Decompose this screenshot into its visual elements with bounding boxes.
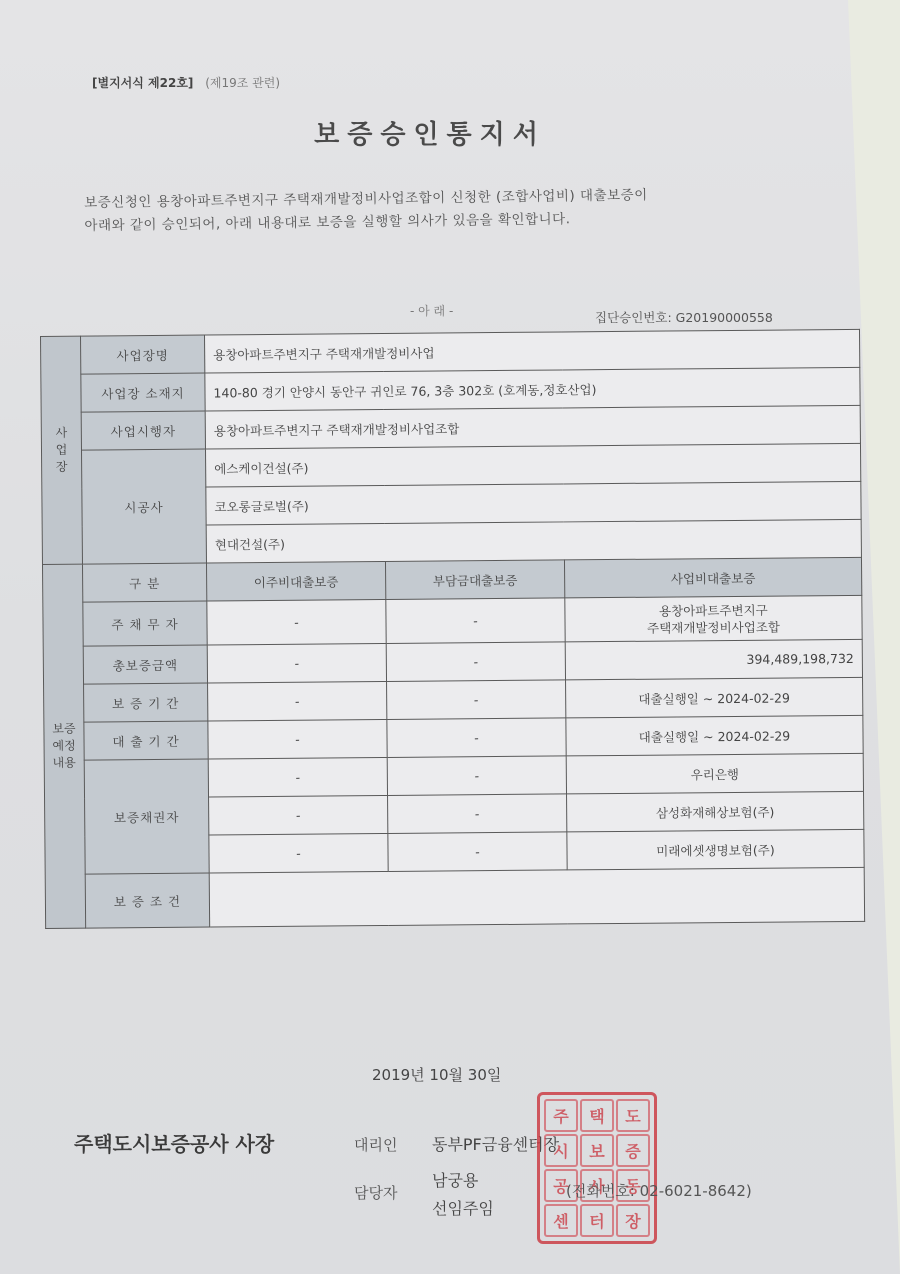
cell: - <box>208 719 387 759</box>
column-header-project-cost: 사업비대출보증 <box>564 557 861 598</box>
creditor-2: 삼성화재해상보험(주) <box>566 791 863 832</box>
phone-number: (전화번호: 02-6021-8642) <box>566 1180 752 1201</box>
site-name-value: 용창아파트주변지구 주택재개발정비사업 <box>204 329 859 373</box>
form-number-line: [별지서식 제22호] (제19조 관련) <box>92 74 280 91</box>
cell: - <box>207 643 386 683</box>
total-amount-value: 394,489,198,732 <box>565 639 862 680</box>
cell: - <box>386 598 565 644</box>
issue-date: 2019년 10월 30일 <box>372 1064 501 1085</box>
total-amount-label: 총보증금액 <box>83 645 207 684</box>
principal-debtor-value: 용창아파트주변지구 주택재개발정비사업조합 <box>565 595 862 642</box>
conditions-value <box>209 867 864 927</box>
developer-value: 용창아파트주변지구 주택재개발정비사업조합 <box>205 405 860 449</box>
conditions-label: 보 증 조 건 <box>85 873 209 928</box>
staff-name: 남궁용 <box>432 1168 478 1191</box>
official-seal-icon: 주택도 시보증 공사동 센터장 <box>537 1092 657 1244</box>
principal-debtor-label: 주 채 무 자 <box>83 601 207 646</box>
guarantee-period-label: 보 증 기 간 <box>84 683 208 722</box>
staff-title: 선임주임 <box>432 1196 494 1219</box>
cell: - <box>208 757 387 797</box>
cell: - <box>387 756 566 796</box>
staff-label: 담당자 <box>354 1182 397 1203</box>
cell: - <box>208 681 387 721</box>
approval-number-label: 집단승인번호: <box>595 310 672 325</box>
table-row: 주 채 무 자 - - 용창아파트주변지구 주택재개발정비사업조합 <box>43 595 862 646</box>
site-name-label: 사업장명 <box>81 335 205 374</box>
contractor-label: 시공사 <box>81 449 206 564</box>
guarantee-period-value: 대출실행일 ~ 2024-02-29 <box>565 677 862 718</box>
contractor-2: 코오롱글로벌(주) <box>206 481 861 525</box>
below-marker: - 아 래 - <box>410 302 453 319</box>
creditor-label: 보증채권자 <box>84 759 209 874</box>
column-header-relocation: 이주비대출보증 <box>206 561 385 601</box>
site-address-label: 사업장 소재지 <box>81 373 205 412</box>
cell: - <box>209 833 388 873</box>
column-header-category: 구 분 <box>82 563 206 602</box>
table-row: 보 증 조 건 <box>45 867 864 928</box>
issuing-organization: 주택도시보증공사 사장 <box>74 1128 274 1157</box>
contractor-1: 에스케이건설(주) <box>205 443 860 487</box>
cell: - <box>209 795 388 835</box>
cell: - <box>207 599 386 645</box>
loan-period-label: 대 출 기 간 <box>84 721 208 760</box>
creditor-1: 우리은행 <box>566 753 863 794</box>
related-article: (제19조 관련) <box>205 76 280 90</box>
loan-period-value: 대출실행일 ~ 2024-02-29 <box>566 715 863 756</box>
guarantee-table: 사업장 사업장명 용창아파트주변지구 주택재개발정비사업 사업장 소재지 140… <box>40 329 865 929</box>
agent-label: 대리인 <box>354 1134 397 1155</box>
cell: - <box>386 642 565 682</box>
developer-label: 사업시행자 <box>81 411 205 450</box>
cell: - <box>388 832 567 872</box>
cell: - <box>387 794 566 834</box>
cell: - <box>387 718 566 758</box>
guarantee-group-label: 보증 예정 내용 <box>42 564 85 928</box>
document-title: 보증승인통지서 <box>0 114 860 151</box>
contractor-3: 현대건설(주) <box>206 519 861 563</box>
site-group-label: 사업장 <box>41 336 83 564</box>
column-header-contribution: 부담금대출보증 <box>385 560 564 600</box>
creditor-3: 미래에셋생명보험(주) <box>567 829 864 870</box>
approval-number-value: G20190000558 <box>676 310 773 325</box>
form-number: [별지서식 제22호] <box>92 76 193 90</box>
approval-number: 집단승인번호: G20190000558 <box>595 308 773 326</box>
cell: - <box>386 680 565 720</box>
site-address-value: 140-80 경기 안양시 동안구 귀인로 76, 3층 302호 (호계동,정… <box>205 367 860 411</box>
